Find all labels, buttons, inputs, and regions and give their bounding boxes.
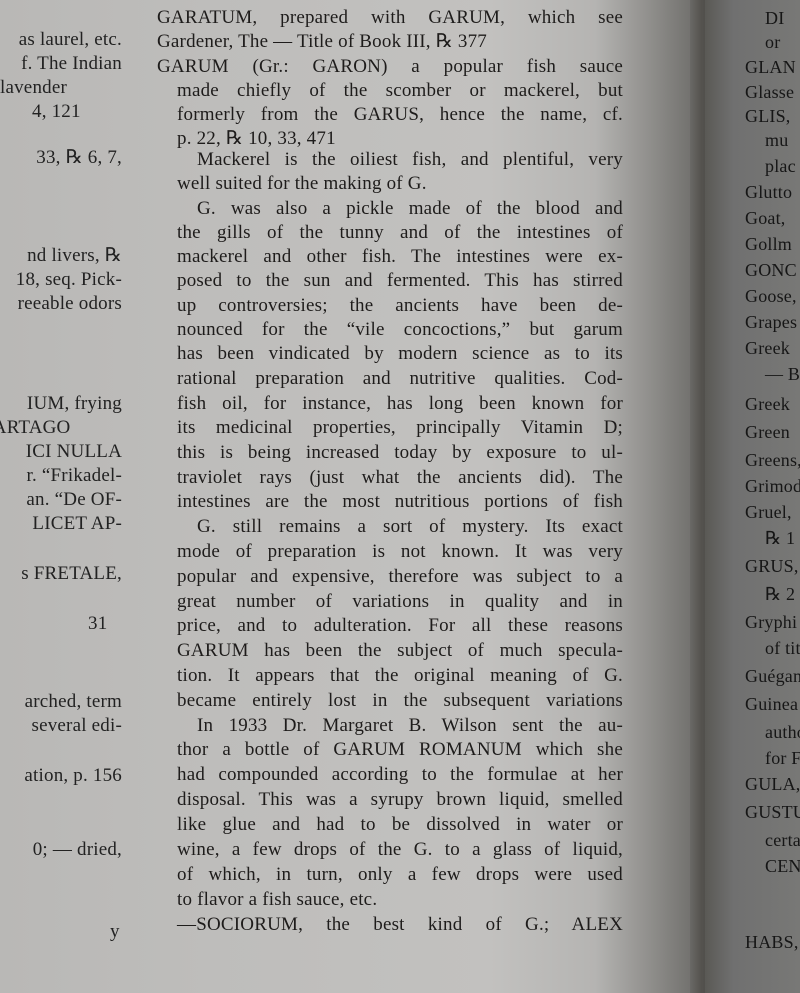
cut-off-text-line: 33, ℞ 6, 7, bbox=[36, 146, 122, 170]
cut-off-index-entry: Greens, bbox=[745, 448, 800, 472]
text-line: well suited for the making of G. bbox=[177, 172, 623, 196]
text-line: traviolet rays (just what the ancients d… bbox=[177, 466, 623, 490]
text-line: price, and to adulteration. For all thes… bbox=[177, 614, 623, 638]
cut-off-index-entry: Glasse bbox=[745, 80, 794, 104]
cut-off-index-entry: CENA bbox=[765, 854, 800, 878]
text-line: made chiefly of the scomber or mackerel,… bbox=[177, 79, 623, 103]
cut-off-index-entry: of tit bbox=[765, 636, 800, 660]
cut-off-index-entry: Guégan, bbox=[745, 664, 800, 688]
text-line: this is being increased today by exposur… bbox=[177, 441, 623, 465]
text-line: like glue and had to be dissolved in wat… bbox=[177, 813, 623, 837]
text-line: nounced for the “vile concoctions,” but … bbox=[177, 318, 623, 342]
text-line: thor a bottle of GARUM ROMANUM which she bbox=[177, 738, 623, 762]
text-line: of which, in turn, only a few drops were… bbox=[177, 863, 623, 887]
cut-off-index-entry: Guinea bbox=[745, 692, 798, 716]
cut-off-text-line: arched, term bbox=[25, 690, 122, 714]
text-line: the gills of the tunny and of the intest… bbox=[177, 221, 623, 245]
text-line: In 1933 Dr. Margaret B. Wilson sent the … bbox=[177, 714, 623, 738]
cut-off-index-entry: for F bbox=[765, 746, 800, 770]
cut-off-text-line: r. “Frikadel- bbox=[27, 464, 122, 488]
text-line: had compounded according to the formulae… bbox=[177, 763, 623, 787]
cut-off-index-entry: GONC bbox=[745, 258, 797, 282]
text-line: great number of variations in quality an… bbox=[177, 590, 623, 614]
text-line: Mackerel is the oiliest fish, and plenti… bbox=[177, 148, 623, 172]
cut-off-text-line: an. “De OF- bbox=[26, 488, 122, 512]
cut-off-index-entry: Gruel, bbox=[745, 500, 792, 524]
text-line: up controversies; the ancients have been… bbox=[177, 294, 623, 318]
text-line: G. still remains a sort of mystery. Its … bbox=[177, 515, 623, 539]
cut-off-text-line: as laurel, etc. bbox=[19, 28, 122, 52]
cut-off-text-line: f. The Indian bbox=[21, 52, 122, 76]
text-line: fish oil, for instance, has long been kn… bbox=[177, 392, 623, 416]
cut-off-index-entry: mu bbox=[765, 128, 788, 152]
text-line: mackerel and other fish. The intestines … bbox=[177, 245, 623, 269]
text-line: popular and expensive, therefore was sub… bbox=[177, 565, 623, 589]
cut-off-index-entry: certai bbox=[765, 828, 800, 852]
text-line: formerly from the GARUS, hence the name,… bbox=[177, 103, 623, 127]
cut-off-text-line: ICI NULLA bbox=[26, 440, 122, 464]
text-line: Gardener, The — Title of Book III, ℞ 377 bbox=[157, 30, 623, 54]
cut-off-index-entry: DI bbox=[765, 6, 784, 30]
cut-off-index-entry: GRUS, bbox=[745, 554, 799, 578]
text-line: tion. It appears that the original meani… bbox=[177, 664, 623, 688]
text-line: disposal. This was a syrupy brown liquid… bbox=[177, 788, 623, 812]
cut-off-text-line: 31 bbox=[88, 612, 107, 636]
cut-off-index-entry: ℞ 1 bbox=[765, 526, 795, 550]
cut-off-index-entry: GLAN bbox=[745, 55, 796, 79]
text-line: to flavor a fish sauce, etc. bbox=[177, 888, 623, 912]
cut-off-index-entry: GLIS, bbox=[745, 104, 791, 128]
cut-off-index-entry: Grimod bbox=[745, 474, 800, 498]
text-line: GARATUM, prepared with GARUM, which see bbox=[157, 6, 623, 30]
text-line: posed to the sun and fermented. This has… bbox=[177, 269, 623, 293]
cut-off-index-entry: Greek bbox=[745, 392, 790, 416]
cut-off-text-line: lavender bbox=[0, 76, 67, 100]
cut-off-text-line: y bbox=[110, 920, 120, 944]
cut-off-text-line: several edi- bbox=[32, 714, 123, 738]
cut-off-index-entry: — B bbox=[765, 362, 800, 386]
cut-off-text-line: IUM, frying bbox=[27, 392, 122, 416]
cut-off-index-entry: Grapes bbox=[745, 310, 797, 334]
text-line: intestines are the most nutritious porti… bbox=[177, 490, 623, 514]
cut-off-text-line: 18, seq. Pick- bbox=[16, 268, 122, 292]
text-line: wine, a few drops of the G. to a glass o… bbox=[177, 838, 623, 862]
cut-off-text-line: SARTAGO bbox=[0, 416, 70, 440]
cut-off-index-entry: Greek bbox=[745, 336, 790, 360]
text-line: GARUM (Gr.: GARON) a popular fish sauce bbox=[157, 55, 623, 79]
cut-off-index-entry: Goose, bbox=[745, 284, 797, 308]
cut-off-index-entry: Green bbox=[745, 420, 790, 444]
cut-off-index-entry: plac bbox=[765, 154, 796, 178]
text-line: —SOCIORUM, the best kind of G.; ALEX bbox=[177, 913, 623, 937]
cut-off-index-entry: ℞ 2 bbox=[765, 582, 795, 606]
cut-off-text-line: LICET AP- bbox=[32, 512, 122, 536]
text-line: has been vindicated by modern science as… bbox=[177, 342, 623, 366]
cut-off-index-entry: or bbox=[765, 30, 780, 54]
cut-off-index-entry: Gollm bbox=[745, 232, 792, 256]
cut-off-text-line: reeable odors bbox=[18, 292, 122, 316]
text-line: GARUM has been the subject of much specu… bbox=[177, 639, 623, 663]
cut-off-index-entry: autho bbox=[765, 720, 800, 744]
cut-off-index-entry: Goat, bbox=[745, 206, 786, 230]
cut-off-index-entry: Gryphi bbox=[745, 610, 797, 634]
cut-off-text-line: 0; — dried, bbox=[33, 838, 122, 862]
text-line: became entirely lost in the subsequent v… bbox=[177, 689, 623, 713]
cut-off-index-entry: GUSTU bbox=[745, 800, 800, 824]
cut-off-index-entry: Glutto bbox=[745, 180, 792, 204]
cut-off-index-entry: GULA, bbox=[745, 772, 800, 796]
text-line: G. was also a pickle made of the blood a… bbox=[177, 197, 623, 221]
cut-off-text-line: s FRETALE, bbox=[21, 562, 122, 586]
cut-off-text-line: 4, 121 bbox=[32, 100, 81, 124]
text-line: mode of preparation is not known. It was… bbox=[177, 540, 623, 564]
cut-off-index-entry: HABS, R bbox=[745, 930, 800, 954]
cut-off-text-line: nd livers, ℞ bbox=[27, 244, 122, 268]
cut-off-text-line: ation, p. 156 bbox=[24, 764, 122, 788]
text-line: its medicinal properties, principally Vi… bbox=[177, 416, 623, 440]
text-line: rational preparation and nutritive quali… bbox=[177, 367, 623, 391]
